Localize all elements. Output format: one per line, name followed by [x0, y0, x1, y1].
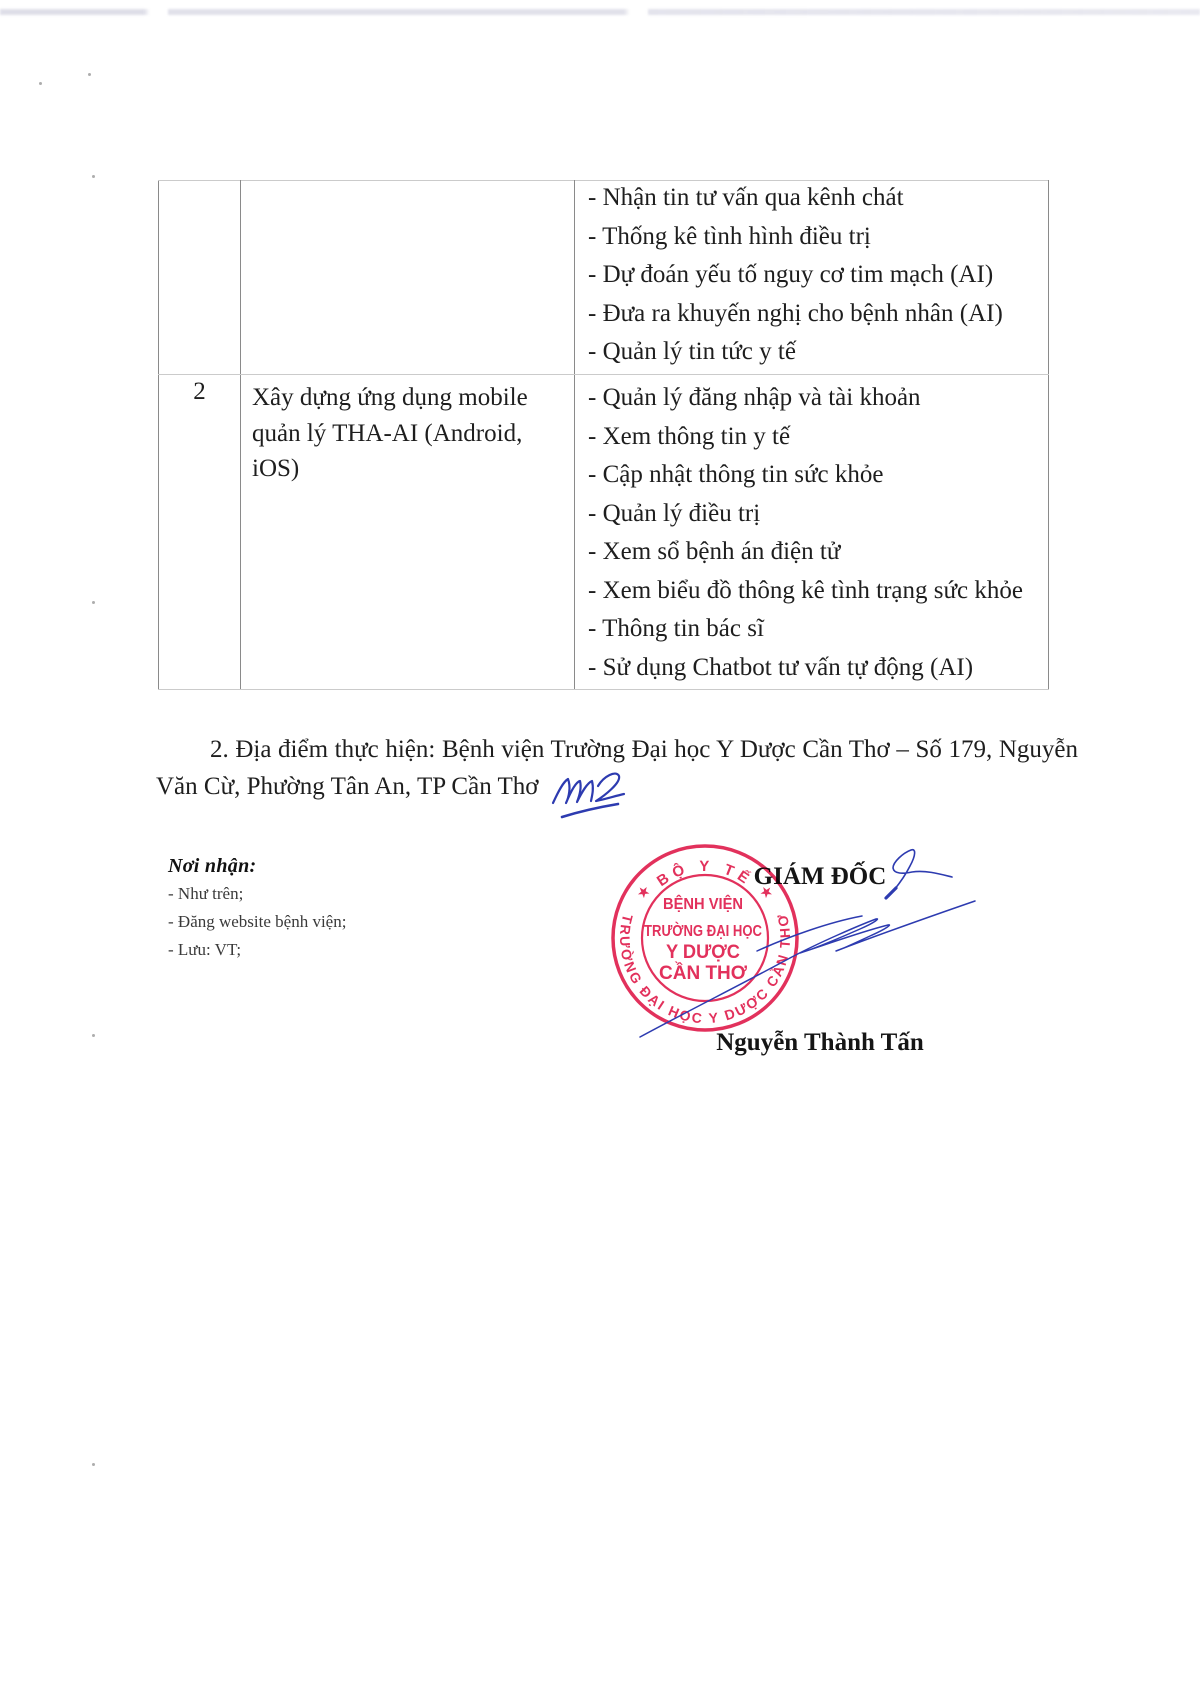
- star-icon: ★: [633, 882, 654, 904]
- stamp-top-text: BỘ Y TẾ: [654, 858, 756, 890]
- star-icon: ★: [756, 882, 777, 904]
- ink-overlay: BỘ Y TẾ TRƯỜNG ĐẠI HỌC Y DƯỢC CẦN THƠ ★ …: [0, 0, 1200, 1698]
- stamp-center-line: CẦN THƠ: [659, 962, 748, 984]
- stamp-center-line: BỆNH VIỆN: [663, 894, 743, 913]
- stamp-center-line: TRƯỜNG ĐẠI HỌC: [644, 921, 762, 940]
- title-flourish: [886, 850, 952, 898]
- initials-signature: [553, 774, 624, 817]
- stamp-center-line: Y DƯỢC: [666, 942, 740, 963]
- document-page: - Nhận tin tư vấn qua kênh chát - Thống …: [0, 0, 1200, 1698]
